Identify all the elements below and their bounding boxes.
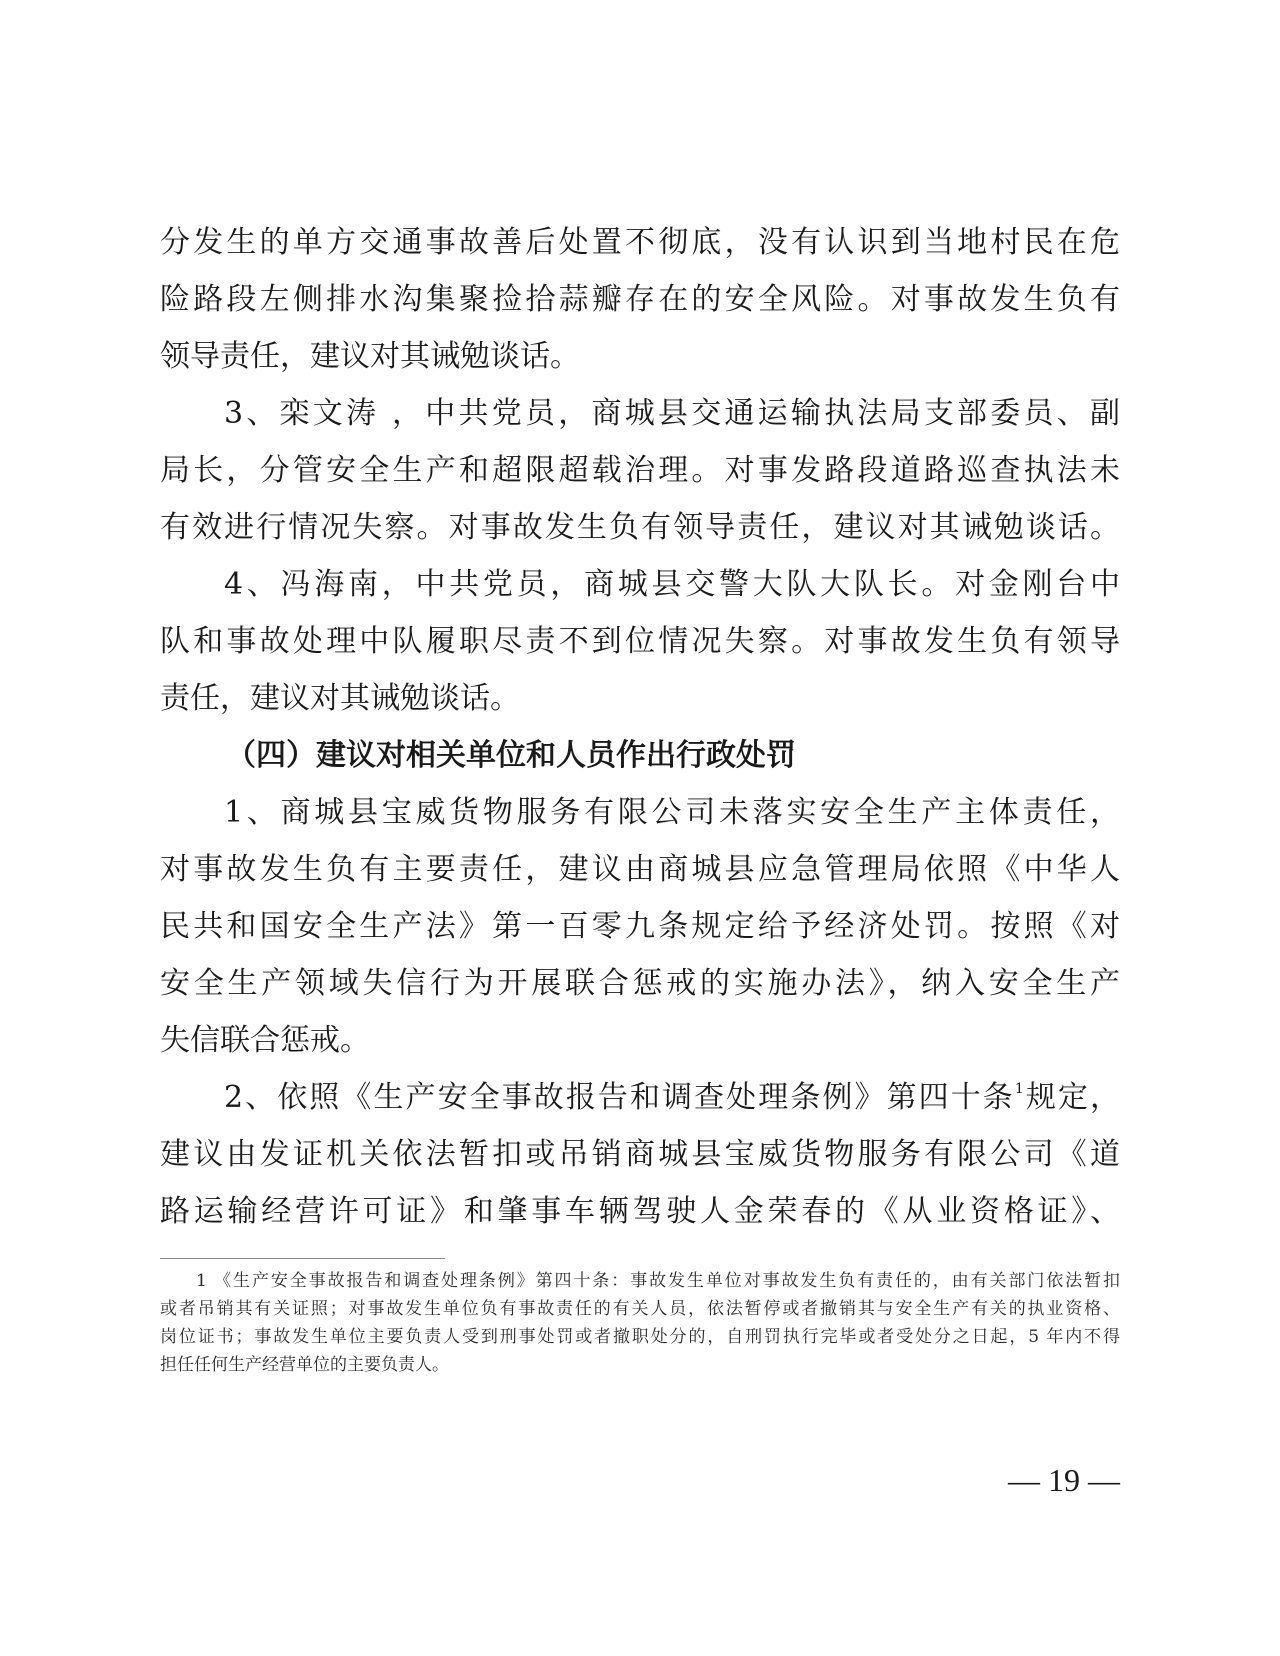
body-line-item-1: 1、商城县宝威货物服务有限公司未落实安全生产主体责任， [224, 793, 1120, 833]
body-line-item-2: 2、依照《生产安全事故报告和调查处理条例》第四十条1规定， [224, 1078, 1120, 1118]
body-line: 民共和国安全生产法》第一百零九条规定给予经济处罚。按照《对 [160, 907, 1120, 947]
body-line-item-4: 4、冯海南，中共党员，商城县交警大队大队长。对金刚台中 [224, 565, 1120, 605]
footnote-line: 担任任何生产经营单位的主要负责人。 [160, 1352, 1120, 1378]
item-2-text: 2、依照《生产安全事故报告和调查处理条例》第四十条 [224, 1080, 1015, 1115]
body-line: 队和事故处理中队履职尽责不到位情况失察。对事故发生负有领导 [160, 622, 1120, 662]
item-2-text-end: 规定， [1024, 1080, 1120, 1115]
body-line-item-3: 3、栾文涛 ，中共党员，商城县交通运输执法局支部委员、副 [224, 394, 1120, 434]
document-page: 分发生的单方交通事故善后处置不彻底，没有认识到当地村民在危 险路段左侧排水沟集聚… [0, 0, 1280, 1656]
body-line: 有效进行情况失察。对事故发生负有领导责任，建议对其诫勉谈话。 [160, 508, 1120, 548]
footnote-line: 1 《生产安全事故报告和调查处理条例》第四十条：事故发生单位对事故发生负有责任的… [196, 1268, 1120, 1294]
body-line: 安全生产领域失信行为开展联合惩戒的实施办法》，纳入安全生产 [160, 964, 1120, 1004]
body-line: 领导责任，建议对其诫勉谈话。 [160, 337, 1120, 377]
body-line: 险路段左侧排水沟集聚捡拾蒜瓣存在的安全风险。对事故发生负有 [160, 280, 1120, 320]
body-line: 路运输经营许可证》和肇事车辆驾驶人金荣春的《从业资格证》、 [160, 1192, 1120, 1232]
section-heading: （四）建议对相关单位和人员作出行政处罚 [226, 736, 796, 776]
body-line: 局长，分管安全生产和超限超载治理。对事发路段道路巡查执法未 [160, 451, 1120, 491]
body-line: 分发生的单方交通事故善后处置不彻底，没有认识到当地村民在危 [160, 223, 1120, 263]
page-number: — 19 — [960, 1458, 1120, 1502]
footnote-line: 或者吊销其有关证照；对事故发生单位负有事故责任的有关人员，依法暂停或者撤销其与安… [160, 1296, 1120, 1322]
footnote-reference[interactable]: 1 [1015, 1081, 1024, 1097]
footnote-line: 岗位证书；事故发生单位主要负责人受到刑事处罚或者撤职处分的，自刑罚执行完毕或者受… [160, 1324, 1120, 1350]
footnote-separator [160, 1258, 445, 1259]
body-line: 建议由发证机关依法暂扣或吊销商城县宝威货物服务有限公司《道 [160, 1135, 1120, 1175]
body-line: 对事故发生负有主要责任，建议由商城县应急管理局依照《中华人 [160, 850, 1120, 890]
body-line: 失信联合惩戒。 [160, 1021, 1120, 1061]
body-line: 责任，建议对其诫勉谈话。 [160, 679, 1120, 719]
